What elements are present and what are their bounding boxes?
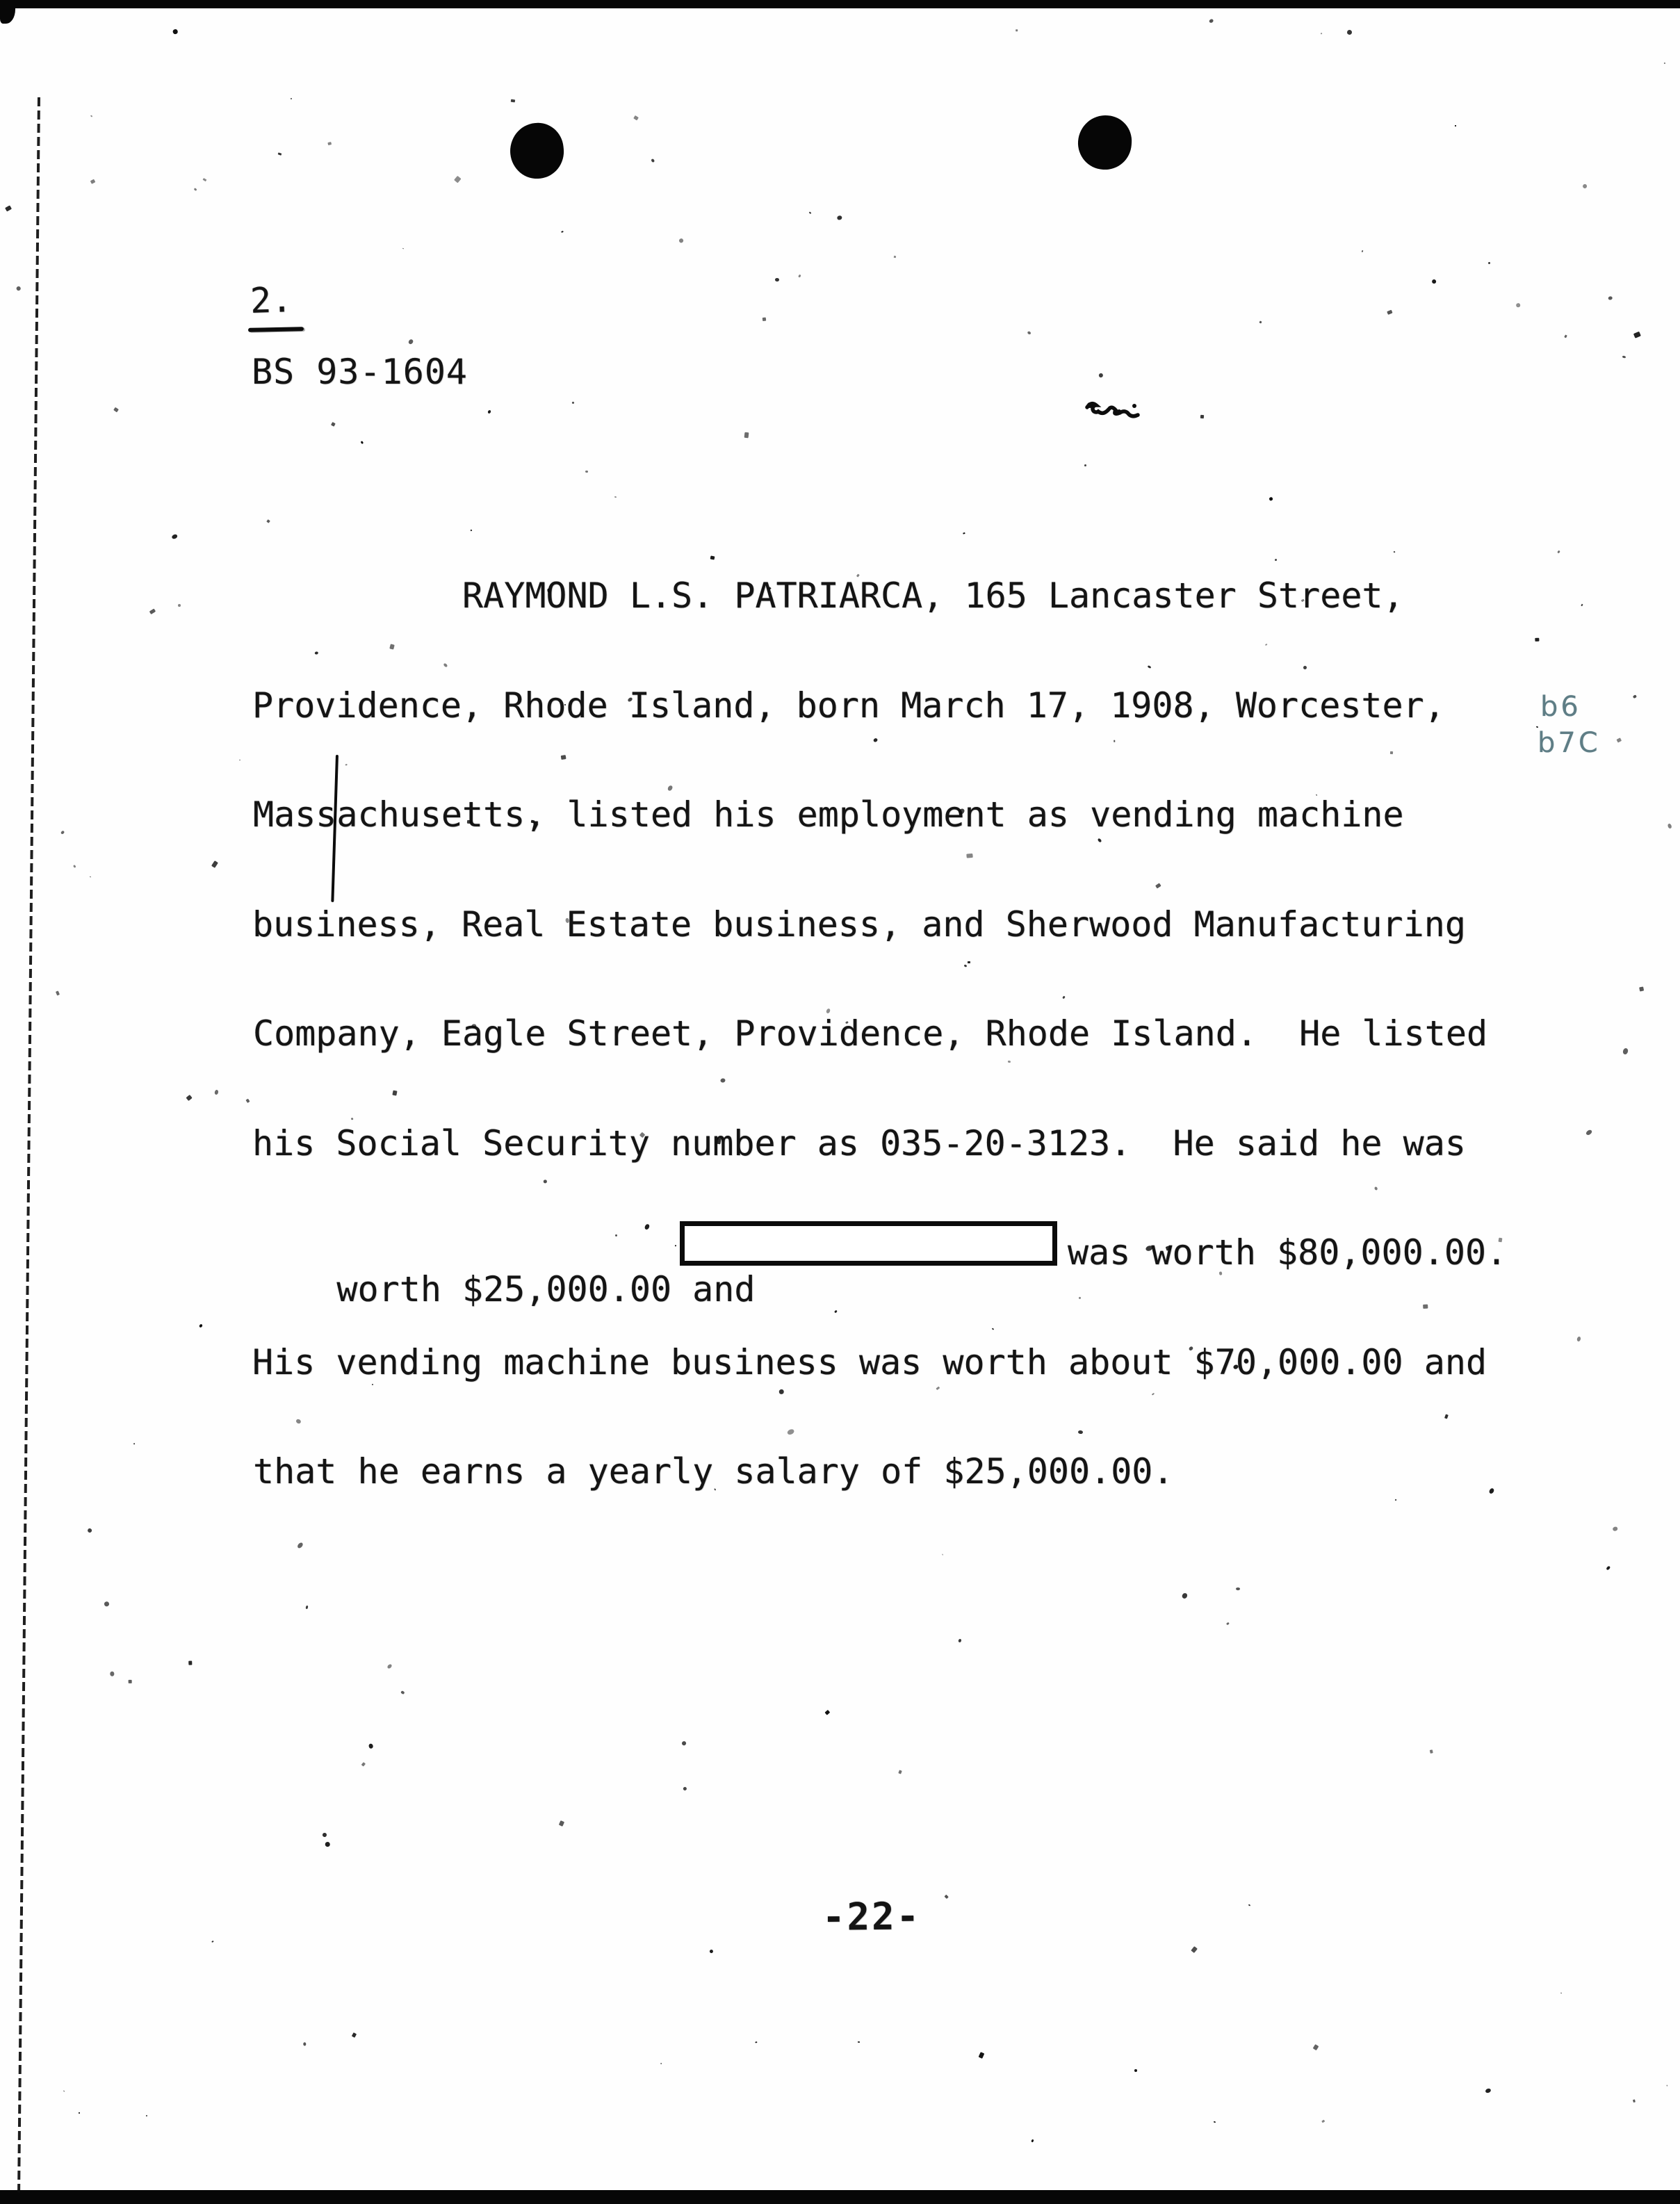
paragraph-line-2: Providence, Rhode Island, born March 17,… xyxy=(252,687,1487,724)
line-7-text-after-redaction: was worth $80,000.00. xyxy=(1068,1234,1507,1271)
paragraph-line-8: His vending machine business was worth a… xyxy=(252,1344,1487,1381)
bottom-scan-edge-bar xyxy=(0,2190,1680,2204)
left-margin-fold-line xyxy=(17,97,40,2193)
paragraph-line-9: that he earns a yearly salary of $25,000… xyxy=(253,1453,1487,1490)
line-7-text-before-redaction: worth $25,000.00 and xyxy=(336,1269,755,1309)
paragraph-line-5: Company, Eagle Street, Providence, Rhode… xyxy=(253,1015,1487,1052)
paragraph-line-7-with-redaction: worth $25,000.00 and was worth $80,000.0… xyxy=(253,1234,1487,1271)
hole-punch-left xyxy=(507,120,566,181)
paragraph-line-6: his Social Security number as 035-20-312… xyxy=(252,1125,1487,1162)
redaction-box xyxy=(680,1221,1057,1266)
paragraph-line-1: RAYMOND L.S. PATRIARCA, 165 Lancaster St… xyxy=(253,578,1487,614)
body-paragraph: RAYMOND L.S. PATRIARCA, 165 Lancaster St… xyxy=(252,505,1487,1526)
page-number: -22- xyxy=(822,1894,922,1938)
paragraph-line-4: business, Real Estate business, and Sher… xyxy=(252,906,1487,943)
exemption-code-b6: b6 xyxy=(1540,691,1581,723)
page-marker-underline xyxy=(248,327,304,332)
top-scan-edge-bar xyxy=(0,0,1680,8)
paragraph-line-3: Massachusetts, listed his employment as … xyxy=(253,797,1487,833)
smudge-mark xyxy=(1083,396,1141,423)
page-marker: 2. xyxy=(250,279,293,321)
hole-punch-right xyxy=(1076,113,1133,171)
smudge-scribble xyxy=(1083,396,1141,420)
exemption-code-b7c: b7C xyxy=(1538,727,1601,759)
corner-scan-blob xyxy=(0,0,15,24)
scanned-document-page: { "colors": { "paper": "#fefefe", "ink":… xyxy=(0,0,1680,2204)
case-number: BS 93-1604 xyxy=(252,352,468,392)
